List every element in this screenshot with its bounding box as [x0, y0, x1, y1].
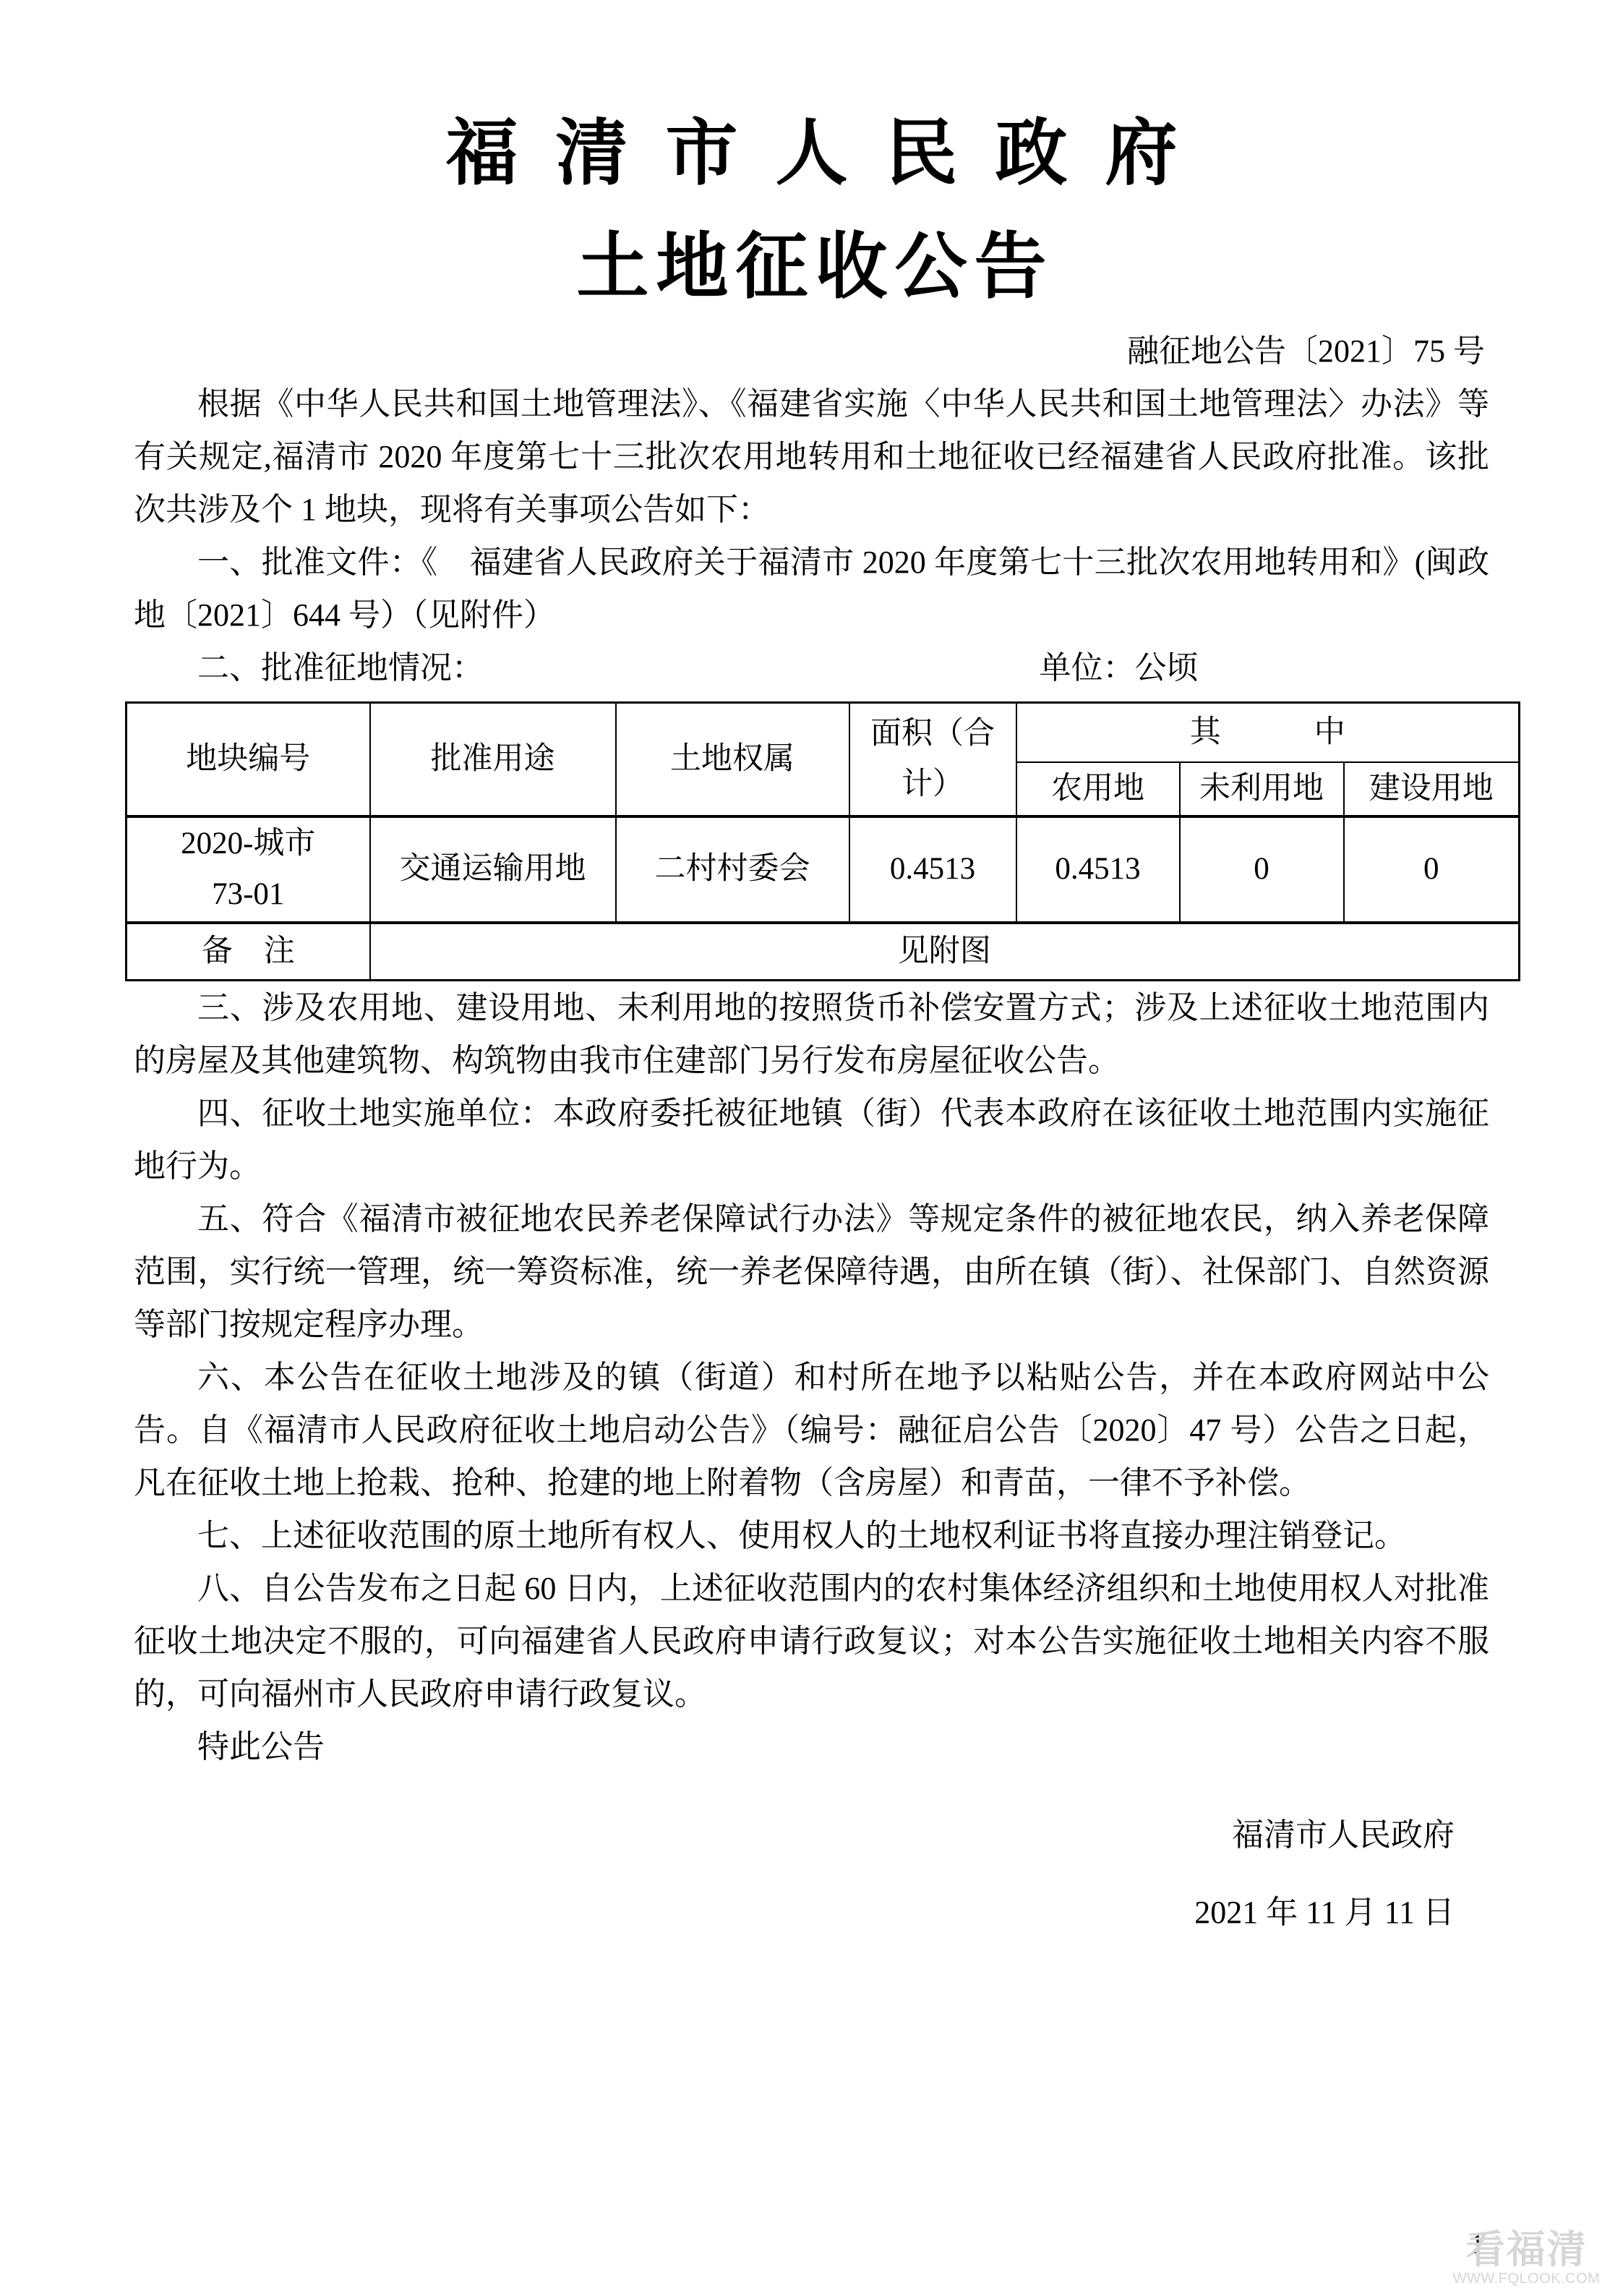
table-row: 2020-城市 73-01 交通运输用地 二村村委会 0.4513 0.4513… — [127, 816, 1520, 923]
signature-date: 2021 年 11 月 11 日 — [134, 1874, 1455, 1951]
cell-parcel-id: 2020-城市 73-01 — [127, 816, 370, 923]
paragraph-item3: 三、涉及农用地、建设用地、未利用地的按照货币补偿安置方式；涉及上述征收土地范围内… — [134, 981, 1489, 1087]
col-ownership: 土地权属 — [616, 703, 849, 816]
cell-approved-use: 交通运输用地 — [370, 816, 616, 923]
paragraph-item4: 四、征收土地实施单位：本政府委托被征地镇（街）代表本政府在该征收土地范围内实施征… — [134, 1087, 1489, 1192]
land-expropriation-table: 地块编号 批准用途 土地权属 面积（合 计） 其 中 农用地 未利用地 建设用地… — [125, 701, 1520, 981]
watermark: 看福清 WWW.FQLOOK.COM — [1442, 2229, 1611, 2287]
col-area-total: 面积（合 计） — [849, 703, 1016, 816]
announcement-subtitle: 土地征收公告 — [134, 226, 1489, 309]
signature-org: 福清市人民政府 — [134, 1796, 1455, 1874]
remark-value: 见附图 — [370, 923, 1520, 981]
closing-statement: 特此公告 — [134, 1720, 1489, 1773]
signature-block: 福清市人民政府 2021 年 11 月 11 日 — [134, 1796, 1489, 1951]
paragraph-item6: 六、本公告在征收土地涉及的镇（街道）和村所在地予以粘贴公告，并在本政府网站中公告… — [134, 1351, 1489, 1509]
cell-agricultural: 0.4513 — [1016, 816, 1180, 923]
announcement-page: { "document": { "title_line1": "福清市人民政府"… — [0, 0, 1623, 2296]
watermark-logo-text: 看福清 — [1442, 2229, 1611, 2270]
col-unused: 未利用地 — [1180, 762, 1344, 816]
table-remark-row: 备 注 见附图 — [127, 923, 1520, 981]
paragraph-item5: 五、符合《福清市被征地农民养老保障试行办法》等规定条件的被征地农民，纳入养老保障… — [134, 1192, 1489, 1351]
table-header-row-1: 地块编号 批准用途 土地权属 面积（合 计） 其 中 — [127, 703, 1520, 762]
section2-heading: 二、批准征地情况： — [197, 650, 484, 686]
watermark-url: WWW.FQLOOK.COM — [1442, 2270, 1611, 2287]
col-group-breakdown: 其 中 — [1016, 703, 1520, 762]
page-title: 福清市人民政府 — [134, 0, 1489, 195]
document-body: 福清市人民政府 土地征收公告 融征地公告〔2021〕75 号 根据《中华人民共和… — [0, 0, 1623, 1951]
remark-label: 备 注 — [127, 923, 370, 981]
unit-label: 单位：公顷 — [1040, 641, 1199, 694]
cell-ownership: 二村村委会 — [616, 816, 849, 923]
cell-unused: 0 — [1180, 816, 1344, 923]
col-agricultural: 农用地 — [1016, 762, 1180, 816]
col-parcel-id: 地块编号 — [127, 703, 370, 816]
paragraph-item7: 七、上述征收范围的原土地所有权人、使用权人的土地权利证书将直接办理注销登记。 — [134, 1509, 1489, 1562]
col-construction: 建设用地 — [1344, 762, 1520, 816]
paragraph-item1: 一、批准文件：《 福建省人民政府关于福清市 2020 年度第七十三批次农用地转用… — [134, 536, 1489, 641]
doc-number: 融征地公告〔2021〕75 号 — [134, 325, 1489, 377]
paragraph-item8: 八、自公告发布之日起 60 日内，上述征收范围内的农村集体经济组织和土地使用权人… — [134, 1562, 1489, 1720]
paragraph-intro: 根据《中华人民共和国土地管理法》、《福建省实施〈中华人民共和国土地管理法〉办法》… — [134, 377, 1489, 536]
cell-area-total: 0.4513 — [849, 816, 1016, 923]
section2-line: 二、批准征地情况： 单位：公顷 — [134, 641, 1489, 694]
col-approved-use: 批准用途 — [370, 703, 616, 816]
cell-construction: 0 — [1344, 816, 1520, 923]
